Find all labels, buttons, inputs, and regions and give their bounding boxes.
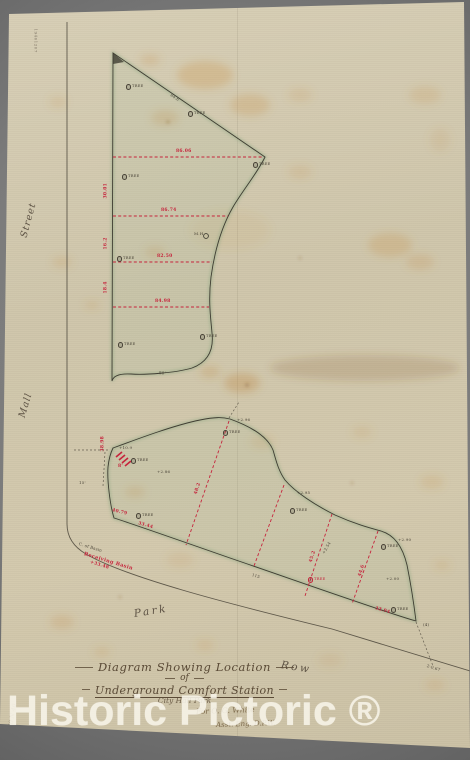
measurement-label: 15' xyxy=(79,480,86,485)
title-rule xyxy=(194,678,204,679)
tree-marker: TREE xyxy=(188,111,206,115)
scanned-map-page: { "artifact": { "watermark": "Historic P… xyxy=(0,0,470,760)
catalog-stamp: 19461207 xyxy=(34,29,39,53)
measurement-label: 82.50 xyxy=(157,254,173,259)
tree-marker: TREE xyxy=(131,458,149,462)
measurement-label: 18.4 xyxy=(104,281,109,293)
tree-marker: TREE xyxy=(290,508,308,512)
measurement-label: 38.98 xyxy=(101,436,106,452)
tree-marker: TREE xyxy=(117,256,135,260)
measurement-label: 80' xyxy=(159,370,166,376)
measurement-label: 16.2 xyxy=(104,237,109,249)
measurement-label: +2.96 xyxy=(237,417,250,422)
measurement-label: +2.86 xyxy=(157,469,170,474)
survey-drawing xyxy=(0,0,470,760)
title-rule xyxy=(75,667,93,668)
map-sheet: StreetMallParkRow86.0686.7482.5084.9830.… xyxy=(0,0,470,760)
title-rule xyxy=(276,667,294,668)
measurement-label: +2.90 xyxy=(398,537,411,542)
measurement-label: 86.74 xyxy=(161,208,177,213)
tree-marker: TREE xyxy=(381,544,399,548)
measurement-label: 8' xyxy=(118,464,123,469)
measurement-label: +2.00 xyxy=(386,576,399,581)
tree-marker: TREE xyxy=(126,84,144,88)
tree-marker: TREE xyxy=(118,342,136,346)
tree-marker: TREE xyxy=(223,430,241,434)
measurement-label: 84.98 xyxy=(155,299,171,304)
map-title-line2: of xyxy=(180,674,189,683)
measurement-label: +10.9 xyxy=(119,445,132,450)
measurement-label: (4) xyxy=(423,622,429,627)
tree-marker: TREE xyxy=(136,513,154,517)
measurement-label: 86.06 xyxy=(176,149,192,154)
measurement-label: 30.01 xyxy=(104,183,109,199)
map-title-line1: Diagram Showing Location xyxy=(98,661,271,673)
measurement-label: M.H. xyxy=(194,231,205,236)
watermark: Historic Pictoric ® xyxy=(7,690,470,733)
tree-marker: TREE xyxy=(308,577,326,581)
measurement-label: +2.95 xyxy=(297,490,310,495)
title-rule xyxy=(165,678,175,679)
tree-marker: TREE xyxy=(253,162,271,166)
tree-marker: TREE xyxy=(122,174,140,178)
tree-marker: TREE xyxy=(391,607,409,611)
tree-marker: TREE xyxy=(200,334,218,338)
lower-parcel-wash xyxy=(108,418,416,621)
